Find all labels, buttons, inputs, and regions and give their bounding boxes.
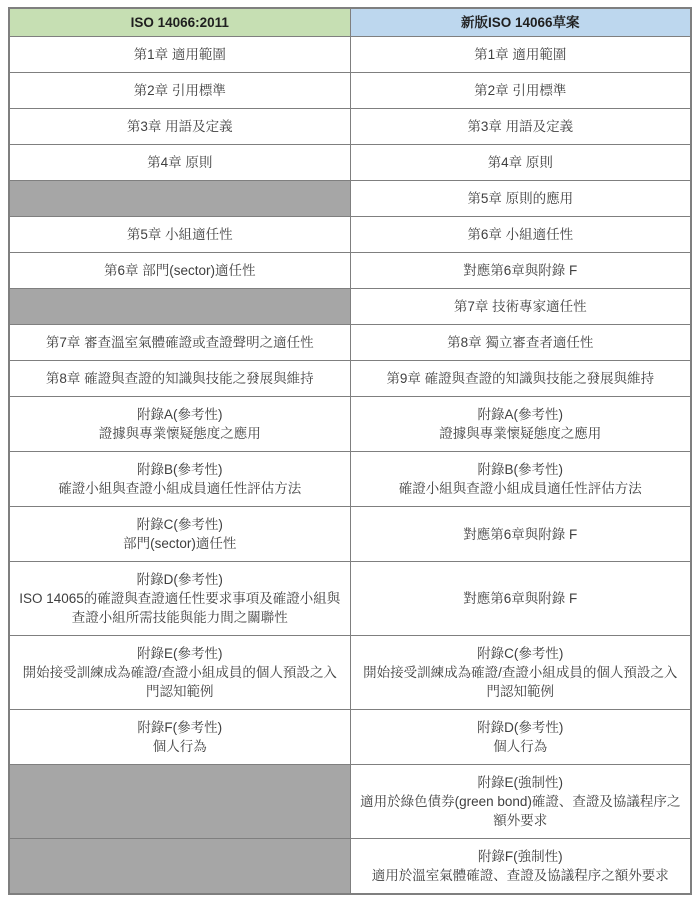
table-cell-right: 附錄E(強制性)適用於綠色債券(green bond)確證、查證及協議程序之額外… <box>350 765 691 839</box>
table-row: 附錄A(參考性)證據與專業懷疑態度之應用附錄A(參考性)證據與專業懷疑態度之應用 <box>9 397 691 452</box>
table-row: 第4章 原則第4章 原則 <box>9 145 691 181</box>
table-cell-left: 第3章 用語及定義 <box>9 109 350 145</box>
table-cell-left: 第5章 小組適任性 <box>9 217 350 253</box>
table-cell-left: 第7章 審查溫室氣體確證或查證聲明之適任性 <box>9 325 350 361</box>
cell-text: 第7章 技術專家適任性 <box>357 297 685 316</box>
cell-text: 附錄B(參考性) <box>357 460 685 479</box>
cell-text: 第6章 部門(sector)適任性 <box>16 261 344 280</box>
table-cell-right: 第6章 小組適任性 <box>350 217 691 253</box>
cell-text: 部門(sector)適任性 <box>16 534 344 553</box>
cell-text: 附錄F(參考性) <box>16 718 344 737</box>
cell-text: 第8章 獨立審查者適任性 <box>357 333 685 352</box>
table-cell-right: 附錄B(參考性)確證小組與查證小組成員適任性評估方法 <box>350 452 691 507</box>
cell-text: 附錄D(參考性) <box>16 570 344 589</box>
cell-text: 附錄F(強制性) <box>357 847 685 866</box>
table-cell-left: 附錄C(參考性)部門(sector)適任性 <box>9 507 350 562</box>
table-row: 第2章 引用標準第2章 引用標準 <box>9 73 691 109</box>
table-cell-right: 第9章 確證與查證的知識與技能之發展與維持 <box>350 361 691 397</box>
table-cell-right: 第4章 原則 <box>350 145 691 181</box>
table-cell-right: 第3章 用語及定義 <box>350 109 691 145</box>
table-cell-right: 附錄F(強制性)適用於溫室氣體確證、查證及協議程序之額外要求 <box>350 839 691 895</box>
cell-text: 第3章 用語及定義 <box>16 117 344 136</box>
cell-text: 附錄B(參考性) <box>16 460 344 479</box>
cell-text: 第9章 確證與查證的知識與技能之發展與維持 <box>357 369 685 388</box>
cell-text: 第7章 審查溫室氣體確證或查證聲明之適任性 <box>16 333 344 352</box>
cell-text: 證據與專業懷疑態度之應用 <box>16 424 344 443</box>
table-row: 附錄E(強制性)適用於綠色債券(green bond)確證、查證及協議程序之額外… <box>9 765 691 839</box>
cell-text: 第1章 適用範圍 <box>357 45 685 64</box>
table-row: 附錄D(參考性)ISO 14065的確證與查證適任性要求事項及確證小組與查證小組… <box>9 562 691 636</box>
cell-text: 個人行為 <box>357 737 685 756</box>
table-cell-right: 第1章 適用範圍 <box>350 37 691 73</box>
table-row: 第7章 技術專家適任性 <box>9 289 691 325</box>
cell-text: 附錄E(強制性) <box>357 773 685 792</box>
cell-text: 附錄D(參考性) <box>357 718 685 737</box>
table-row: 附錄E(參考性)開始接受訓練成為確證/查證小組成員的個人預設之入門認知範例附錄C… <box>9 636 691 710</box>
cell-text: 對應第6章與附錄 F <box>357 589 685 608</box>
cell-text: 第4章 原則 <box>16 153 344 172</box>
table-cell-left: 第8章 確證與查證的知識與技能之發展與維持 <box>9 361 350 397</box>
table-cell-left <box>9 289 350 325</box>
table-row: 附錄C(參考性)部門(sector)適任性對應第6章與附錄 F <box>9 507 691 562</box>
table-cell-right: 對應第6章與附錄 F <box>350 253 691 289</box>
cell-text: 適用於溫室氣體確證、查證及協議程序之額外要求 <box>357 866 685 885</box>
cell-text: 適用於綠色債券(green bond)確證、查證及協議程序之額外要求 <box>357 792 685 830</box>
comparison-table: ISO 14066:2011 新版ISO 14066草案 第1章 適用範圍第1章… <box>8 7 692 895</box>
table-row: 第6章 部門(sector)適任性對應第6章與附錄 F <box>9 253 691 289</box>
table-row: 第3章 用語及定義第3章 用語及定義 <box>9 109 691 145</box>
table-cell-right: 第2章 引用標準 <box>350 73 691 109</box>
table-cell-left: 第1章 適用範圍 <box>9 37 350 73</box>
table-cell-right: 對應第6章與附錄 F <box>350 562 691 636</box>
cell-text: 附錄C(參考性) <box>357 644 685 663</box>
cell-text: 附錄E(參考性) <box>16 644 344 663</box>
table-row: 第8章 確證與查證的知識與技能之發展與維持第9章 確證與查證的知識與技能之發展與… <box>9 361 691 397</box>
header-row: ISO 14066:2011 新版ISO 14066草案 <box>9 8 691 37</box>
cell-text: 第2章 引用標準 <box>357 81 685 100</box>
cell-text: 開始接受訓練成為確證/查證小組成員的個人預設之入門認知範例 <box>16 663 344 701</box>
header-cell-left: ISO 14066:2011 <box>9 8 350 37</box>
table-row: 附錄B(參考性)確證小組與查證小組成員適任性評估方法附錄B(參考性)確證小組與查… <box>9 452 691 507</box>
cell-text: 第1章 適用範圍 <box>16 45 344 64</box>
table-row: 第7章 審查溫室氣體確證或查證聲明之適任性第8章 獨立審查者適任性 <box>9 325 691 361</box>
cell-text: 第4章 原則 <box>357 153 685 172</box>
table-cell-right: 第8章 獨立審查者適任性 <box>350 325 691 361</box>
table-cell-left <box>9 839 350 895</box>
table-body: 第1章 適用範圍第1章 適用範圍第2章 引用標準第2章 引用標準第3章 用語及定… <box>9 37 691 895</box>
table-cell-left <box>9 181 350 217</box>
table-cell-right: 附錄A(參考性)證據與專業懷疑態度之應用 <box>350 397 691 452</box>
table-cell-left: 第6章 部門(sector)適任性 <box>9 253 350 289</box>
table-cell-left: 附錄F(參考性)個人行為 <box>9 710 350 765</box>
cell-text: 確證小組與查證小組成員適任性評估方法 <box>357 479 685 498</box>
table-cell-right: 第5章 原則的應用 <box>350 181 691 217</box>
page: ISO 14066:2011 新版ISO 14066草案 第1章 適用範圍第1章… <box>0 0 700 902</box>
table-cell-left: 附錄E(參考性)開始接受訓練成為確證/查證小組成員的個人預設之入門認知範例 <box>9 636 350 710</box>
cell-text: 第8章 確證與查證的知識與技能之發展與維持 <box>16 369 344 388</box>
table-row: 第5章 原則的應用 <box>9 181 691 217</box>
cell-text: 對應第6章與附錄 F <box>357 261 685 280</box>
cell-text: 第5章 小組適任性 <box>16 225 344 244</box>
cell-text: 第6章 小組適任性 <box>357 225 685 244</box>
table-cell-right: 第7章 技術專家適任性 <box>350 289 691 325</box>
table-row: 第1章 適用範圍第1章 適用範圍 <box>9 37 691 73</box>
table-row: 附錄F(強制性)適用於溫室氣體確證、查證及協議程序之額外要求 <box>9 839 691 895</box>
table-cell-left: 附錄B(參考性)確證小組與查證小組成員適任性評估方法 <box>9 452 350 507</box>
cell-text: 開始接受訓練成為確證/查證小組成員的個人預設之入門認知範例 <box>357 663 685 701</box>
cell-text: 證據與專業懷疑態度之應用 <box>357 424 685 443</box>
table-cell-left: 第2章 引用標準 <box>9 73 350 109</box>
table-cell-left: 附錄A(參考性)證據與專業懷疑態度之應用 <box>9 397 350 452</box>
table-row: 附錄F(參考性)個人行為附錄D(參考性)個人行為 <box>9 710 691 765</box>
cell-text: 確證小組與查證小組成員適任性評估方法 <box>16 479 344 498</box>
table-cell-left: 附錄D(參考性)ISO 14065的確證與查證適任性要求事項及確證小組與查證小組… <box>9 562 350 636</box>
table-cell-right: 附錄C(參考性)開始接受訓練成為確證/查證小組成員的個人預設之入門認知範例 <box>350 636 691 710</box>
table-row: 第5章 小組適任性第6章 小組適任性 <box>9 217 691 253</box>
cell-text: 附錄C(參考性) <box>16 515 344 534</box>
table-cell-right: 附錄D(參考性)個人行為 <box>350 710 691 765</box>
table-cell-right: 對應第6章與附錄 F <box>350 507 691 562</box>
header-cell-right: 新版ISO 14066草案 <box>350 8 691 37</box>
table-cell-left: 第4章 原則 <box>9 145 350 181</box>
cell-text: 附錄A(參考性) <box>357 405 685 424</box>
cell-text: 附錄A(參考性) <box>16 405 344 424</box>
cell-text: ISO 14065的確證與查證適任性要求事項及確證小組與查證小組所需技能與能力間… <box>16 589 344 627</box>
cell-text: 第3章 用語及定義 <box>357 117 685 136</box>
cell-text: 第2章 引用標準 <box>16 81 344 100</box>
cell-text: 個人行為 <box>16 737 344 756</box>
table-cell-left <box>9 765 350 839</box>
cell-text: 第5章 原則的應用 <box>357 189 685 208</box>
cell-text: 對應第6章與附錄 F <box>357 525 685 544</box>
